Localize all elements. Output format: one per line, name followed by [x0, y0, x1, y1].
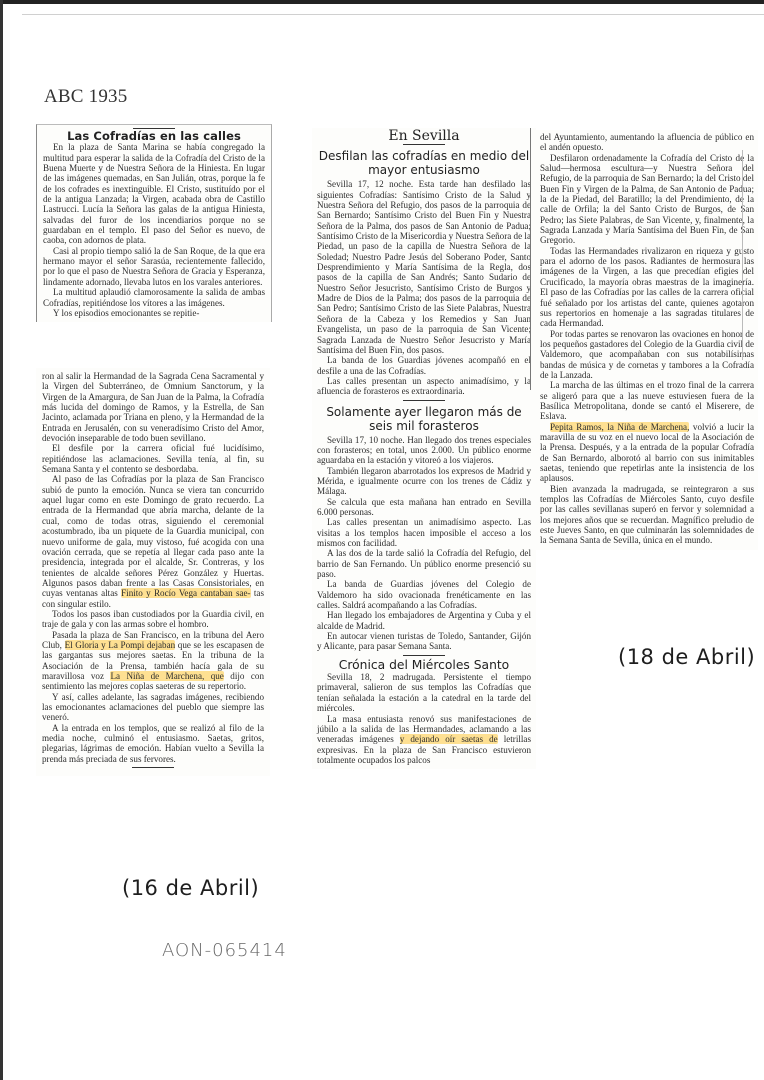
paragraph: En la plaza de Santa Marina se había con… [43, 142, 265, 245]
paragraph: Y así, calles adelante, las sagradas imá… [42, 692, 264, 723]
column-divider [530, 128, 531, 390]
archive-code: AON-065414 [162, 940, 287, 961]
paragraph: Pepita Ramos, la Niña de Marchena, volvi… [540, 422, 754, 484]
paragraph: La banda de los Guardias jóvenes acompañ… [317, 355, 531, 376]
paragraph-text: Al paso de las Cofradías por la plaza de… [42, 474, 264, 598]
handwritten-date-right: (18 de Abril) [618, 645, 755, 669]
divider-rule [403, 400, 445, 401]
divider-rule [132, 767, 174, 768]
paragraph: Sevilla 17, 12 noche. Esta tarde han des… [317, 179, 531, 355]
highlighted-text: La Niña de Marchena, que [110, 671, 223, 681]
right-clipping: del Ayuntamiento, aumentando la afluenci… [536, 130, 758, 550]
page-top-rule [22, 14, 764, 15]
paragraph: Y los episodios emocionantes se repitie- [43, 308, 265, 318]
column-border [742, 150, 743, 360]
divider-rule [403, 144, 445, 145]
paragraph: Desfilaron ordenadamente la Cofradía del… [540, 153, 754, 246]
middle-clipping: En Sevilla Desfilan las cofradías en med… [312, 128, 536, 769]
article-title: Desfilan las cofradías en medio del mayo… [317, 149, 531, 177]
paragraph: Han llegado los embajadores de Argentina… [317, 610, 531, 631]
paragraph: En autocar vienen turistas de Toledo, Sa… [317, 631, 531, 652]
paragraph: Todas las Hermandades rivalizaron en riq… [540, 246, 754, 329]
paragraph: Sevilla 17, 10 noche. Han llegado dos tr… [317, 435, 531, 466]
paragraph: Al paso de las Cofradías por la plaza de… [42, 474, 264, 608]
paragraph: El desfile por la carrera oficial fué lu… [42, 443, 264, 474]
divider-rule [403, 655, 445, 656]
paragraph: Las calles presentan un aspecto animadís… [317, 376, 531, 397]
paragraph: La masa entusiasta renovó sus manifestac… [317, 714, 531, 766]
handwritten-date-left: (16 de Abril) [122, 876, 259, 900]
left-article-title: Las Cofradías en las calles [43, 131, 265, 141]
paragraph: del Ayuntamiento, aumentando la afluenci… [540, 132, 754, 153]
paragraph: A la entrada en los templos, que se real… [42, 723, 264, 764]
left-clipping-top: Las Cofradías en las calles En la plaza … [36, 124, 272, 322]
newspaper-masthead: ABC 1935 [44, 86, 127, 108]
paragraph: ron al salir la Hermandad de la Sagrada … [42, 371, 264, 443]
left-clipping-bottom: ron al salir la Hermandad de la Sagrada … [36, 368, 270, 776]
article-title: Crónica del Miércoles Santo [317, 660, 531, 670]
highlighted-text: El Gloria y La Pompi dejaban [65, 640, 176, 650]
paragraph: La banda de Guardias jóvenes del Colegio… [317, 579, 531, 610]
paragraph: También llegaron abarrotados los expreso… [317, 466, 531, 497]
scan-top-edge [0, 0, 764, 4]
paragraph: Pasada la plaza de San Francisco, en la … [42, 630, 264, 692]
scan-left-edge [0, 0, 3, 1080]
article-title: Solamente ayer llegaron más de seis mil … [317, 405, 531, 433]
paragraph: Bien avanzada la madrugada, se reintegra… [540, 484, 754, 546]
paragraph: La multitud aplaudió clamorosamente la s… [43, 287, 265, 308]
highlighted-text: y dejando oír saetas de [400, 734, 498, 744]
paragraph: Todos los pasos iban custodiados por la … [42, 609, 264, 630]
highlighted-text: Finito y Rocío Vega cantaban sae- [121, 588, 250, 598]
paragraph: Las calles presentan un animadísimo aspe… [317, 517, 531, 548]
highlighted-text: Pepita Ramos, la Niña de Marchena, [550, 422, 689, 432]
section-heading: En Sevilla [317, 131, 531, 141]
paragraph: Sevilla 18, 2 madrugada. Persistente el … [317, 672, 531, 713]
paragraph: Se calcula que esta mañana han entrado e… [317, 497, 531, 518]
paragraph: Casi al propio tiempo salió la de San Ro… [43, 246, 265, 287]
paragraph: A las dos de la tarde salió la Cofradía … [317, 548, 531, 579]
paragraph: Por todas partes se renovaron las ovacio… [540, 329, 754, 381]
paragraph: La marcha de las últimas en el trozo fin… [540, 380, 754, 421]
